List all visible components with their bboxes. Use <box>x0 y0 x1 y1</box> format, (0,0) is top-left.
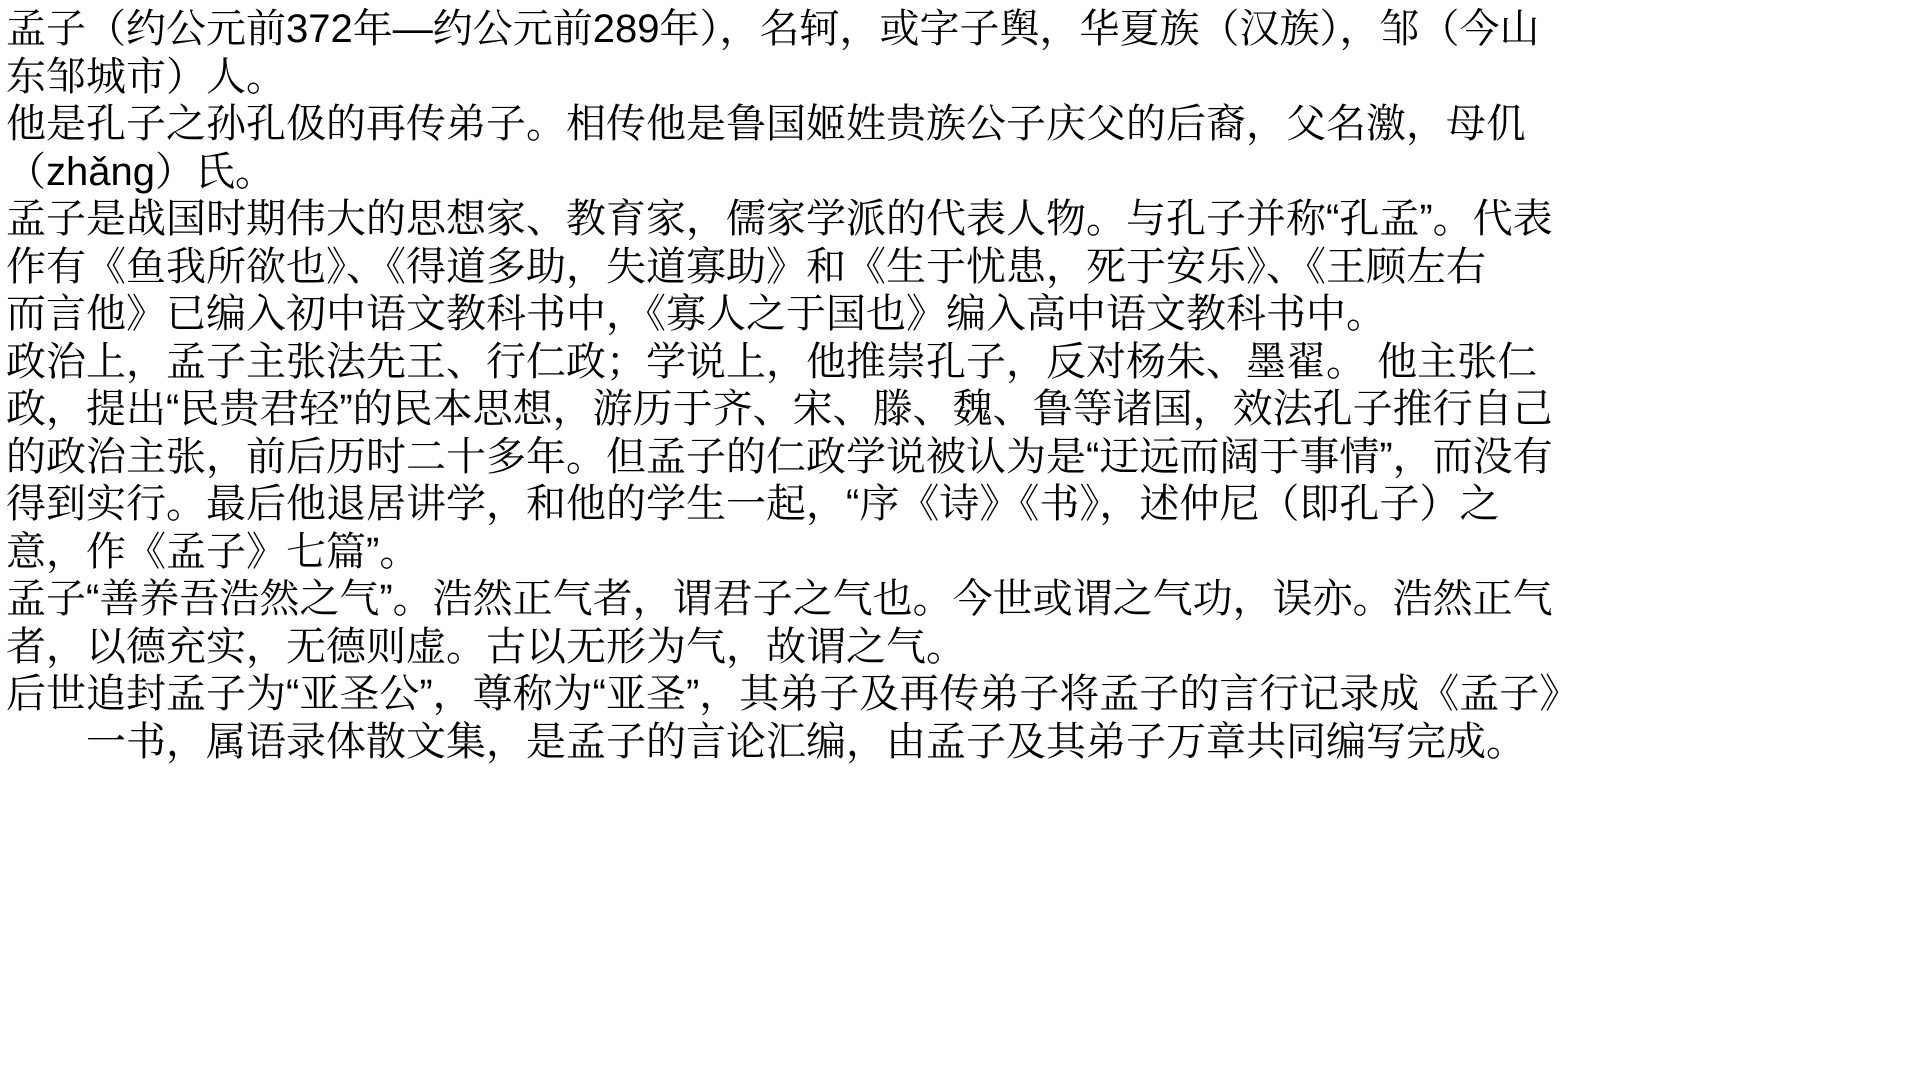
text-line: 政，提出“民贵君轻”的民本思想，游历于齐、宋、滕、魏、鲁等诸国，效法孔子推行自己 <box>6 386 1914 434</box>
text-line: 东邹城市）人。 <box>6 54 1914 102</box>
text-line: 而言他》已编入初中语文教科书中，《寡人之于国也》编入高中语文教科书中。 <box>6 291 1914 339</box>
text-line: 后世追封孟子为“亚圣公”，尊称为“亚圣”，其弟子及再传弟子将孟子的言行记录成《孟… <box>6 671 1914 719</box>
text-line: 意，作《孟子》七篇”。 <box>6 529 1914 577</box>
text-line: 政治上，孟子主张法先王、行仁政；学说上，他推崇孔子，反对杨朱、墨翟。 他主张仁 <box>6 339 1914 387</box>
text-line: 孟子“善养吾浩然之气”。浩然正气者，谓君子之气也。今世或谓之气功，误亦。浩然正气 <box>6 576 1914 624</box>
text-line: 得到实行。最后他退居讲学，和他的学生一起，“序《诗》《书》，述仲尼（即孔子）之 <box>6 481 1914 529</box>
text-line: 一书，属语录体散文集，是孟子的言论汇编，由孟子及其弟子万章共同编写完成。 <box>6 719 1914 767</box>
text-line: （zhǎng）氏。 <box>6 149 1914 197</box>
document-page: 孟子（约公元前372年—约公元前289年），名轲，或字子舆，华夏族（汉族），邹（… <box>6 6 1914 766</box>
text-line: 的政治主张，前后历时二十多年。但孟子的仁政学说被认为是“迂远而阔于事情”，而没有 <box>6 434 1914 482</box>
text-line: 作有《鱼我所欲也》、《得道多助，失道寡助》和《生于忧患，死于安乐》、《王顾左右 <box>6 244 1914 292</box>
text-line: 孟子是战国时期伟大的思想家、教育家，儒家学派的代表人物。与孔子并称“孔孟”。代表 <box>6 196 1914 244</box>
text-line: 他是孔子之孙孔伋的再传弟子。相传他是鲁国姬姓贵族公子庆父的后裔，父名激，母仉 <box>6 101 1914 149</box>
text-line: 孟子（约公元前372年—约公元前289年），名轲，或字子舆，华夏族（汉族），邹（… <box>6 6 1914 54</box>
text-line: 者，以德充实，无德则虚。古以无形为气，故谓之气。 <box>6 624 1914 672</box>
